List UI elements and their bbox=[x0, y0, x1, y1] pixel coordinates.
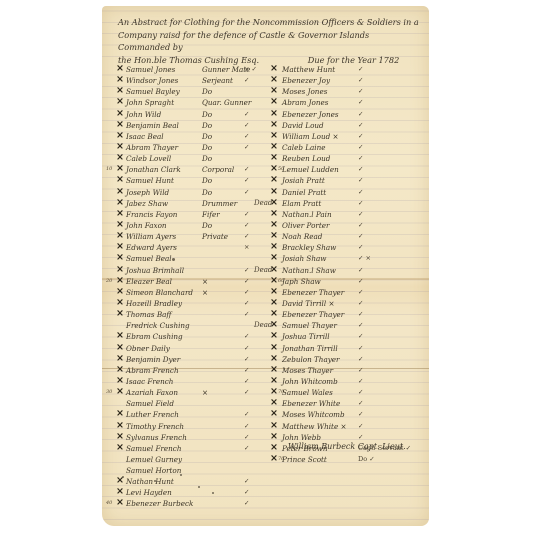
check-mark-icon: ✓ bbox=[244, 209, 249, 220]
roster-entry: ×Ebenezer Thayer✓ bbox=[270, 309, 420, 320]
check-mark-icon: ✓ bbox=[244, 354, 249, 365]
cross-mark-icon: × bbox=[116, 74, 124, 85]
roster-entry: ×Isaac French✓ bbox=[110, 376, 270, 387]
check-mark-icon: ✓ bbox=[244, 409, 249, 420]
soldier-rank: Do bbox=[202, 153, 212, 164]
soldier-name: Benjamin Beal bbox=[126, 120, 179, 131]
check-mark-icon: ✓ bbox=[358, 142, 363, 153]
roster-entry: ×Zebulon Thayer✓ bbox=[270, 354, 420, 365]
roster-entry: ×Simeon Blanchard×✓ bbox=[110, 287, 270, 298]
soldier-name: Joseph Wild bbox=[126, 187, 169, 198]
cross-mark-icon: × bbox=[116, 297, 124, 308]
soldier-name: Lemuel Ludden bbox=[282, 164, 339, 175]
cross-mark-icon: × bbox=[116, 163, 124, 174]
check-mark-icon: ✓ bbox=[358, 276, 363, 287]
check-mark-icon: ✓ bbox=[358, 175, 363, 186]
roster-entry: ×Abram Jones✓ bbox=[270, 97, 420, 108]
soldier-name: Oliver Porter bbox=[282, 220, 329, 231]
roster-entry: 70×Samuel Wales✓ bbox=[270, 387, 420, 398]
roster-entry: ×Samuel Thayer✓ bbox=[270, 320, 420, 331]
heading-commander: the Hon.ble Thomas Cushing Esq. bbox=[118, 55, 259, 65]
soldier-name: Ebenezer Thayer bbox=[282, 287, 344, 298]
cross-mark-icon: × bbox=[270, 241, 278, 252]
cross-mark-icon: × bbox=[270, 308, 278, 319]
cross-mark-icon: × bbox=[116, 431, 124, 442]
roster-entry: 30×Azariah Faxon×✓ bbox=[110, 387, 270, 398]
check-mark-icon: ✓ bbox=[358, 398, 363, 409]
roster-entry: ×David Tirrill ×✓ bbox=[270, 298, 420, 309]
check-mark-icon: ✓ bbox=[244, 131, 249, 142]
soldier-rank: Quar. Gunner bbox=[202, 97, 251, 108]
check-mark-icon: ✓ bbox=[358, 387, 363, 398]
soldier-name: Lemuel Gurney bbox=[126, 454, 182, 465]
cross-mark-icon: × bbox=[270, 119, 278, 130]
cross-mark-icon: × bbox=[270, 130, 278, 141]
cross-mark-icon: × bbox=[116, 275, 124, 286]
cross-mark-icon: × bbox=[116, 342, 124, 353]
roster-entry: ×Isaac BealDo✓ bbox=[110, 131, 270, 142]
soldier-name: Fredrick Cushing bbox=[126, 320, 190, 331]
roster-entry: 20×Eleazer Beal×✓ bbox=[110, 276, 270, 287]
roster-entry: ×Benjamin BealDo✓ bbox=[110, 120, 270, 131]
roster-entry: Samuel Horton bbox=[110, 465, 270, 476]
soldier-name: Josiah Pratt bbox=[282, 175, 325, 186]
ink-speck bbox=[154, 480, 156, 482]
soldier-name: Benjamin Dyer bbox=[126, 354, 180, 365]
check-mark-icon: ✓ bbox=[244, 187, 249, 198]
soldier-name: Azariah Faxon bbox=[126, 387, 178, 398]
cross-mark-icon: × bbox=[116, 96, 124, 107]
cross-mark-icon: × bbox=[270, 408, 278, 419]
soldier-name: Ebenezer White bbox=[282, 398, 340, 409]
roster-entry: 10×Jonathan ClarkCorporal✓ bbox=[110, 164, 270, 175]
heading-due-year: Due for the Year 1782 bbox=[308, 55, 400, 65]
roster-entry: 40×Ebenezer Burbeck✓ bbox=[110, 498, 270, 509]
check-mark-icon: ✓ bbox=[244, 309, 249, 320]
cross-mark-icon: × bbox=[116, 420, 124, 431]
soldier-name: Windsor Jones bbox=[126, 75, 178, 86]
cross-mark-icon: × bbox=[116, 197, 124, 208]
soldier-rank: Do bbox=[202, 86, 212, 97]
cross-mark-icon: × bbox=[270, 264, 278, 275]
left-roster-column: ×Samuel JonesGunner Mate× ✓×Windsor Jone… bbox=[110, 64, 270, 510]
cross-mark-icon: × bbox=[270, 197, 278, 208]
check-mark-icon: ✓ bbox=[358, 365, 363, 376]
cross-mark-icon: × bbox=[270, 330, 278, 341]
soldier-name: Josiah Shaw bbox=[282, 253, 326, 264]
roster-entry: ×Matthew Hunt✓ bbox=[270, 64, 420, 75]
entry-count-number: 10 bbox=[106, 164, 112, 175]
roster-entry: ×Ebram Cushing✓ bbox=[110, 331, 270, 342]
check-mark-icon: ✓ bbox=[244, 421, 249, 432]
soldier-rank: Private bbox=[202, 231, 228, 242]
roster-entry: ×Daniel Pratt✓ bbox=[270, 187, 420, 198]
ink-speck bbox=[122, 476, 124, 478]
check-mark-icon: ✓ bbox=[358, 75, 363, 86]
roster-entry: ×Obner Daily✓ bbox=[110, 343, 270, 354]
soldier-name: Hozeill Bradley bbox=[126, 298, 182, 309]
roster-entry: ×John WildDo✓ bbox=[110, 109, 270, 120]
cross-mark-icon: × bbox=[116, 152, 124, 163]
check-mark-icon: ✓ bbox=[358, 209, 363, 220]
ink-blot bbox=[172, 258, 175, 261]
soldier-name: Ebenezer Burbeck bbox=[126, 498, 193, 509]
roster-entry: ×Moses Jones✓ bbox=[270, 86, 420, 97]
soldier-name: Obner Daily bbox=[126, 343, 170, 354]
roster-entry: ×Ebenezer White✓ bbox=[270, 398, 420, 409]
check-mark-icon: ✓ bbox=[244, 387, 249, 398]
roster-entry: ×Joshua Tirrill✓ bbox=[270, 331, 420, 342]
soldier-name: Elam Pratt bbox=[282, 198, 321, 209]
check-mark-icon: ✓ bbox=[244, 220, 249, 231]
cross-mark-icon: × bbox=[270, 63, 278, 74]
soldier-name: Isaac Beal bbox=[126, 131, 164, 142]
roster-entry: ×Nathan.l Pain✓ bbox=[270, 209, 420, 220]
check-mark-icon: ✓ bbox=[358, 298, 363, 309]
soldier-name: Levi Hayden bbox=[126, 487, 172, 498]
check-mark-icon: × bbox=[244, 242, 249, 253]
roster-entry: ×Ebenezer Jones✓ bbox=[270, 109, 420, 120]
soldier-rank: × bbox=[202, 387, 208, 398]
check-mark-icon: ✓ bbox=[358, 320, 363, 331]
soldier-rank: Drummer bbox=[202, 198, 237, 209]
check-mark-icon: ✓ bbox=[244, 476, 249, 487]
check-mark-icon: ✓ bbox=[244, 231, 249, 242]
cross-mark-icon: × bbox=[270, 453, 278, 464]
check-mark-icon: ✓ bbox=[358, 354, 363, 365]
soldier-rank: Do bbox=[202, 120, 212, 131]
soldier-name: Moses Jones bbox=[282, 86, 327, 97]
soldier-name: Moses Thayer bbox=[282, 365, 333, 376]
soldier-name: Samuel Horton bbox=[126, 465, 181, 476]
cross-mark-icon: × bbox=[270, 375, 278, 386]
soldier-name: Samuel French bbox=[126, 443, 181, 454]
cross-mark-icon: × bbox=[270, 186, 278, 197]
soldier-name: Nathan Hunt bbox=[126, 476, 174, 487]
soldier-name: Japh Shaw bbox=[282, 276, 321, 287]
check-mark-icon: ✓ bbox=[358, 265, 363, 276]
roster-entry: ×Samuel JonesGunner Mate× ✓ bbox=[110, 64, 270, 75]
check-mark-icon: ✓ × bbox=[358, 253, 371, 264]
cross-mark-icon: × bbox=[116, 85, 124, 96]
check-mark-icon: ✓ bbox=[244, 164, 249, 175]
roster-entry: ×Ebenezer Joy✓ bbox=[270, 75, 420, 86]
right-roster-column: ×Matthew Hunt✓×Ebenezer Joy✓×Moses Jones… bbox=[270, 64, 420, 465]
check-mark-icon: × ✓ bbox=[244, 64, 257, 75]
check-mark-icon: ✓ bbox=[358, 153, 363, 164]
soldier-name: Zebulon Thayer bbox=[282, 354, 339, 365]
ink-speck bbox=[180, 474, 182, 476]
cross-mark-icon: × bbox=[116, 386, 124, 397]
soldier-name: John Wild bbox=[126, 109, 161, 120]
soldier-name: Matthew Hunt bbox=[282, 64, 335, 75]
roster-entry: ×Thomas Baff✓ bbox=[110, 309, 270, 320]
roster-entry: ×Hozeill Bradley✓ bbox=[110, 298, 270, 309]
cross-mark-icon: × bbox=[270, 364, 278, 375]
check-mark-icon: ✓ bbox=[358, 187, 363, 198]
roster-entry: Samuel Field bbox=[110, 398, 270, 409]
check-mark-icon: ✓ bbox=[244, 142, 249, 153]
check-mark-icon: ✓ bbox=[244, 287, 249, 298]
cross-mark-icon: × bbox=[116, 130, 124, 141]
cross-mark-icon: × bbox=[270, 141, 278, 152]
soldier-name: Prince Scott bbox=[282, 454, 327, 465]
cross-mark-icon: × bbox=[270, 397, 278, 408]
roster-entry: ×David Loud✓ bbox=[270, 120, 420, 131]
cross-mark-icon: × bbox=[270, 152, 278, 163]
cross-mark-icon: × bbox=[116, 286, 124, 297]
cross-mark-icon: × bbox=[116, 119, 124, 130]
soldier-rank: Do bbox=[202, 175, 212, 186]
soldier-rank: Do bbox=[202, 142, 212, 153]
check-mark-icon: ✓ bbox=[358, 376, 363, 387]
roster-entry: 76×Prince ScottDo ✓ bbox=[270, 454, 420, 465]
entry-count-number: 30 bbox=[106, 387, 112, 398]
soldier-name: Abram Jones bbox=[282, 97, 328, 108]
soldier-name: Edward Ayers bbox=[126, 242, 177, 253]
soldier-name: Ebenezer Jones bbox=[282, 109, 339, 120]
cross-mark-icon: × bbox=[270, 342, 278, 353]
roster-entry: ×John FaxonDo✓ bbox=[110, 220, 270, 231]
soldier-name: David Tirrill × bbox=[282, 298, 334, 309]
soldier-name: Joshua Brimhall bbox=[126, 265, 184, 276]
roster-entry: ×Ebenezer Thayer✓ bbox=[270, 287, 420, 298]
roster-entry: ×Moses Whitcomb✓ bbox=[270, 409, 420, 420]
soldier-name: Nathan.l Shaw bbox=[282, 265, 336, 276]
check-mark-icon: ✓ bbox=[244, 498, 249, 509]
roster-entry: ×Caleb Laine✓ bbox=[270, 142, 420, 153]
signature: William Burbeck Capt. Lieut. bbox=[288, 442, 406, 451]
soldier-name: Samuel Bayley bbox=[126, 86, 180, 97]
roster-entry: ×William Loud ×✓ bbox=[270, 131, 420, 142]
check-mark-icon: ✓ bbox=[244, 175, 249, 186]
roster-entry: ×Abram ThayerDo✓ bbox=[110, 142, 270, 153]
roster-entry: ×Nathan.l Shaw✓ bbox=[270, 265, 420, 276]
roster-entry: 50×Lemuel Ludden✓ bbox=[270, 164, 420, 175]
soldier-rank: × bbox=[202, 287, 208, 298]
soldier-name: Jonathan Tirrill bbox=[282, 343, 338, 354]
roster-entry: ×John SpraghtQuar. Gunner bbox=[110, 97, 270, 108]
roster-entry: ×Moses Thayer✓ bbox=[270, 365, 420, 376]
roster-entry: ×Windsor JonesSerjeant✓ bbox=[110, 75, 270, 86]
soldier-name: Jabez Shaw bbox=[126, 198, 168, 209]
cross-mark-icon: × bbox=[116, 408, 124, 419]
cross-mark-icon: × bbox=[270, 74, 278, 85]
soldier-name: Brackley Shaw bbox=[282, 242, 336, 253]
roster-entry: ×Josiah Pratt✓ bbox=[270, 175, 420, 186]
check-mark-icon: ✓ bbox=[358, 309, 363, 320]
roster-entry: 60×Japh Shaw✓ bbox=[270, 276, 420, 287]
roster-entry: Lemuel Gurney bbox=[110, 454, 270, 465]
soldier-name: Samuel Hunt bbox=[126, 175, 174, 186]
cross-mark-icon: × bbox=[270, 297, 278, 308]
heading-line-1: An Abstract for Clothing for the Noncomm… bbox=[118, 16, 423, 29]
soldier-name: David Loud bbox=[282, 120, 324, 131]
soldier-name: Ebenezer Thayer bbox=[282, 309, 344, 320]
check-mark-icon: ✓ bbox=[244, 487, 249, 498]
roster-entry: ×Caleb LovellDo bbox=[110, 153, 270, 164]
roster-entry: ×Elam Pratt✓ bbox=[270, 198, 420, 209]
roster-entry: ×Levi Hayden✓ bbox=[110, 487, 270, 498]
check-mark-icon: ✓ bbox=[358, 343, 363, 354]
check-mark-icon: ✓ bbox=[244, 298, 249, 309]
soldier-rank: Corporal bbox=[202, 164, 234, 175]
ink-speck bbox=[212, 492, 214, 494]
roster-entry: ×William AyersPrivate✓ bbox=[110, 231, 270, 242]
cross-mark-icon: × bbox=[116, 108, 124, 119]
cross-mark-icon: × bbox=[116, 208, 124, 219]
soldier-name: Samuel Field bbox=[126, 398, 174, 409]
cross-mark-icon: × bbox=[116, 353, 124, 364]
roster-entry: ×Reuben Loud✓ bbox=[270, 153, 420, 164]
roster-entry: ×Sylvanus French✓ bbox=[110, 432, 270, 443]
check-mark-icon: ✓ bbox=[358, 164, 363, 175]
check-mark-icon: ✓ bbox=[244, 343, 249, 354]
soldier-name: Daniel Pratt bbox=[282, 187, 326, 198]
check-mark-icon: ✓ bbox=[358, 120, 363, 131]
check-mark-icon: ✓ bbox=[358, 131, 363, 142]
check-mark-icon: ✓ bbox=[244, 265, 249, 276]
roster-entry: ×Luther French✓ bbox=[110, 409, 270, 420]
soldier-name: Joshua Tirrill bbox=[282, 331, 330, 342]
roster-entry: Fredrick CushingDead bbox=[110, 320, 270, 331]
soldier-rank: Do bbox=[202, 220, 212, 231]
cross-mark-icon: × bbox=[270, 108, 278, 119]
soldier-name: Matthew White × bbox=[282, 421, 347, 432]
manuscript-page: An Abstract for Clothing for the Noncomm… bbox=[102, 6, 429, 526]
soldier-name: John Faxon bbox=[126, 220, 167, 231]
soldier-name: Sylvanus French bbox=[126, 432, 187, 443]
roster-entry: ×Jabez ShawDrummerDead bbox=[110, 198, 270, 209]
roster-entry: ×Abram French✓ bbox=[110, 365, 270, 376]
cross-mark-icon: × bbox=[270, 353, 278, 364]
check-mark-icon: ✓ bbox=[244, 443, 249, 454]
soldier-name: Jonathan Clark bbox=[126, 164, 181, 175]
soldier-name: Abram Thayer bbox=[126, 142, 178, 153]
soldier-rank: Serjeant bbox=[202, 75, 233, 86]
cross-mark-icon: × bbox=[116, 241, 124, 252]
soldier-name: Samuel Jones bbox=[126, 64, 175, 75]
heading-line-2: Company raisd for the defence of Castle … bbox=[118, 29, 423, 54]
roster-entry: ×Timothy French✓ bbox=[110, 421, 270, 432]
cross-mark-icon: × bbox=[270, 230, 278, 241]
check-mark-icon: Do ✓ bbox=[358, 454, 375, 465]
cross-mark-icon: × bbox=[116, 264, 124, 275]
ink-speck bbox=[198, 486, 200, 488]
cross-mark-icon: × bbox=[116, 141, 124, 152]
cross-mark-icon: × bbox=[116, 308, 124, 319]
soldier-name: Isaac French bbox=[126, 376, 173, 387]
roster-entry: ×Samuel HuntDo✓ bbox=[110, 175, 270, 186]
check-mark-icon: ✓ bbox=[358, 231, 363, 242]
check-mark-icon: ✓ bbox=[358, 242, 363, 253]
cross-mark-icon: × bbox=[116, 375, 124, 386]
entry-count-number: 20 bbox=[106, 276, 112, 287]
check-mark-icon: ✓ bbox=[244, 120, 249, 131]
soldier-name: Reuben Loud bbox=[282, 153, 330, 164]
soldier-name: Samuel Thayer bbox=[282, 320, 337, 331]
roster-entry: ×Samuel French✓ bbox=[110, 443, 270, 454]
cross-mark-icon: × bbox=[116, 497, 124, 508]
soldier-name: Ebenezer Joy bbox=[282, 75, 330, 86]
soldier-name: Simeon Blanchard bbox=[126, 287, 193, 298]
cross-mark-icon: × bbox=[270, 96, 278, 107]
check-mark-icon: ✓ bbox=[358, 109, 363, 120]
check-mark-icon: ✓ bbox=[244, 331, 249, 342]
soldier-name: John Spraght bbox=[126, 97, 174, 108]
cross-mark-icon: × bbox=[116, 364, 124, 375]
check-mark-icon: ✓ bbox=[244, 432, 249, 443]
soldier-rank: Do bbox=[202, 109, 212, 120]
document-heading: An Abstract for Clothing for the Noncomm… bbox=[118, 16, 423, 66]
soldier-name: Nathan.l Pain bbox=[282, 209, 332, 220]
roster-entry: ×Oliver Porter✓ bbox=[270, 220, 420, 231]
soldier-name: Francis Fayon bbox=[126, 209, 177, 220]
check-mark-icon: ✓ bbox=[244, 75, 249, 86]
cross-mark-icon: × bbox=[116, 219, 124, 230]
roster-entry: ×Nathan Hunt✓ bbox=[110, 476, 270, 487]
cross-mark-icon: × bbox=[270, 219, 278, 230]
roster-entry: ×John Whitcomb✓ bbox=[270, 376, 420, 387]
soldier-name: Samuel Beal bbox=[126, 253, 172, 264]
soldier-name: Eleazer Beal bbox=[126, 276, 172, 287]
cross-mark-icon: × bbox=[270, 286, 278, 297]
entry-count-number: 40 bbox=[106, 498, 112, 509]
check-mark-icon: ✓ bbox=[358, 287, 363, 298]
cross-mark-icon: × bbox=[270, 319, 278, 330]
check-mark-icon: ✓ bbox=[358, 432, 363, 443]
soldier-rank: Do bbox=[202, 131, 212, 142]
roster-entry: ×Matthew White ×✓ bbox=[270, 421, 420, 432]
roster-entry: ×Samuel BayleyDo bbox=[110, 86, 270, 97]
soldier-name: Thomas Baff bbox=[126, 309, 171, 320]
cross-mark-icon: × bbox=[270, 386, 278, 397]
soldier-name: Ebram Cushing bbox=[126, 331, 183, 342]
roster-entry: ×Brackley Shaw✓ bbox=[270, 242, 420, 253]
roster-entry: ×Samuel Beal bbox=[110, 253, 270, 264]
cross-mark-icon: × bbox=[270, 163, 278, 174]
soldier-name: Samuel Wales bbox=[282, 387, 333, 398]
check-mark-icon: ✓ bbox=[244, 376, 249, 387]
roster-entry: ×Joseph WildDo✓ bbox=[110, 187, 270, 198]
soldier-rank: × bbox=[202, 276, 208, 287]
soldier-name: Luther French bbox=[126, 409, 179, 420]
cross-mark-icon: × bbox=[270, 275, 278, 286]
roster-entry: ×Benjamin Dyer✓ bbox=[110, 354, 270, 365]
check-mark-icon: ✓ bbox=[358, 331, 363, 342]
cross-mark-icon: × bbox=[116, 63, 124, 74]
check-mark-icon: ✓ bbox=[358, 409, 363, 420]
soldier-name: Caleb Laine bbox=[282, 142, 325, 153]
cross-mark-icon: × bbox=[270, 442, 278, 453]
check-mark-icon: ✓ bbox=[244, 109, 249, 120]
soldier-rank: Do bbox=[202, 187, 212, 198]
soldier-name: Caleb Lovell bbox=[126, 153, 171, 164]
cross-mark-icon: × bbox=[116, 186, 124, 197]
roster-entry: ×Edward Ayers× bbox=[110, 242, 270, 253]
cross-mark-icon: × bbox=[270, 252, 278, 263]
check-mark-icon: ✓ bbox=[244, 365, 249, 376]
check-mark-icon: ✓ bbox=[244, 276, 249, 287]
cross-mark-icon: × bbox=[270, 420, 278, 431]
cross-mark-icon: × bbox=[116, 174, 124, 185]
cross-mark-icon: × bbox=[270, 208, 278, 219]
cross-mark-icon: × bbox=[116, 442, 124, 453]
soldier-name: Timothy French bbox=[126, 421, 184, 432]
check-mark-icon: ✓ bbox=[358, 421, 363, 432]
soldier-name: John Webb bbox=[282, 432, 321, 443]
check-mark-icon: ✓ bbox=[358, 198, 363, 209]
